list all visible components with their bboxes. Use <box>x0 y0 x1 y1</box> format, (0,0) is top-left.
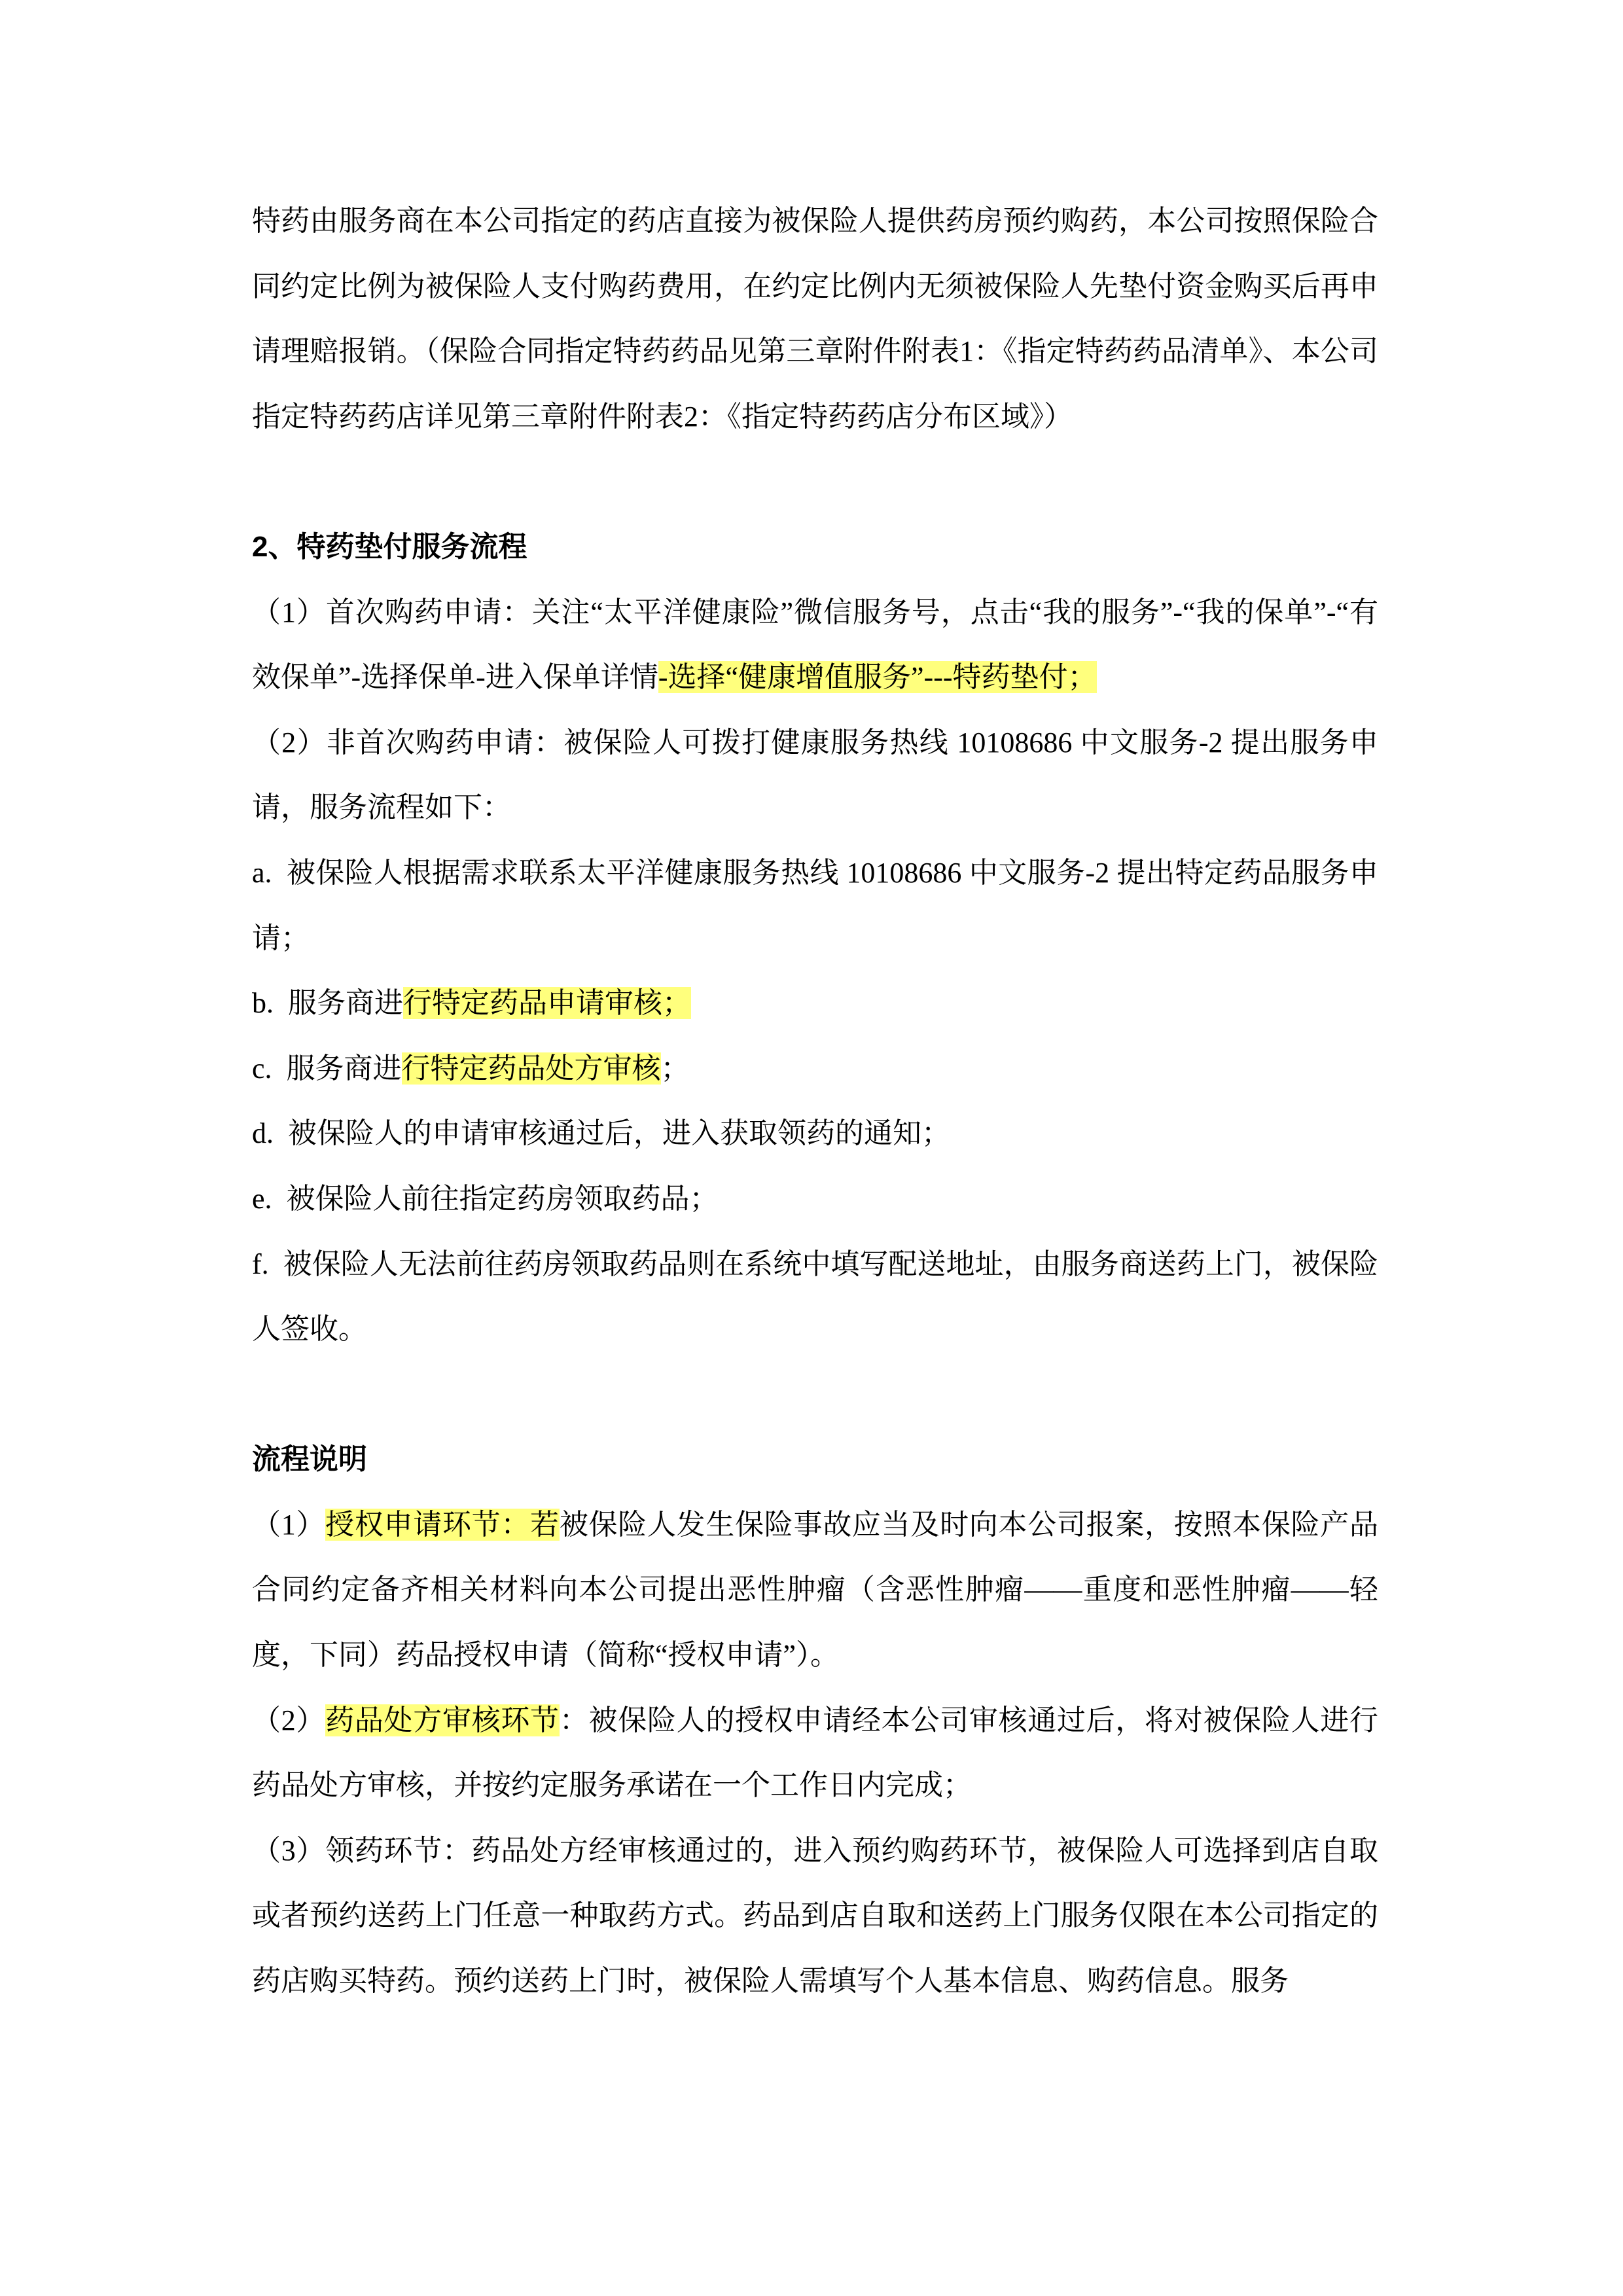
highlighted-text: 药品处方审核环节 <box>325 1704 560 1736</box>
text-run: （2） <box>252 1704 325 1736</box>
text-run: b. 服务商进 <box>252 987 403 1019</box>
step-non-first-purchase: （2）非首次购药申请：被保险人可拨打健康服务热线 10108686 中文服务-2… <box>252 710 1378 840</box>
note-authorization: （1）授权申请环节：若被保险人发生保险事故应当及时向本公司报案，按照本保险产品合… <box>252 1492 1378 1688</box>
heading-text: 2、特药垫付服务流程 <box>252 531 527 563</box>
flow-item-f: f. 被保险人无法前往药房领取药品则在系统中填写配送地址，由服务商送药上门，被保… <box>252 1232 1378 1362</box>
note-medicine-pickup: （3）领药环节：药品处方经审核通过的，进入预约购药环节，被保险人可选择到店自取或… <box>252 1818 1378 2014</box>
document-page: 特药由服务商在本公司指定的药店直接为被保险人提供药房预约购药，本公司按照保险合同… <box>0 0 1623 2296</box>
highlighted-text: -选择“健康增值服务”---特药垫付； <box>658 661 1097 693</box>
document-content: 特药由服务商在本公司指定的药店直接为被保险人提供药房预约购药，本公司按照保险合同… <box>252 188 1378 2014</box>
text-run: ； <box>661 1052 690 1085</box>
flow-item-a: a. 被保险人根据需求联系太平洋健康服务热线 10108686 中文服务-2 提… <box>252 840 1378 971</box>
text-run: f. 被保险人无法前往药房领取药品则在系统中填写配送地址，由服务商送药上门，被保… <box>252 1248 1378 1346</box>
flow-item-b: b. 服务商进行特定药品申请审核； <box>252 971 1378 1036</box>
flow-item-d: d. 被保险人的申请审核通过后，进入获取领药的通知； <box>252 1101 1378 1166</box>
note-prescription-review: （2）药品处方审核环节：被保险人的授权申请经本公司审核通过后，将对被保险人进行药… <box>252 1688 1378 1818</box>
intro-paragraph: 特药由服务商在本公司指定的药店直接为被保险人提供药房预约购药，本公司按照保险合同… <box>252 188 1378 449</box>
text-run: （1） <box>252 1509 325 1541</box>
highlighted-text: 行特定药品申请审核； <box>403 987 691 1019</box>
flow-item-e: e. 被保险人前往指定药房领取药品； <box>252 1166 1378 1232</box>
text-run: （3）领药环节：药品处方经审核通过的，进入预约购药环节，被保险人可选择到店自取或… <box>252 1835 1378 1997</box>
step-first-purchase: （1）首次购药申请：关注“太平洋健康险”微信服务号，点击“我的服务”-“我的保单… <box>252 580 1378 710</box>
text-run: e. 被保险人前往指定药房领取药品； <box>252 1183 719 1215</box>
highlighted-text: 行特定药品处方审核 <box>402 1052 661 1085</box>
text-run: c. 服务商进 <box>252 1052 402 1085</box>
heading-advance-service-flow: 2、特药垫付服务流程 <box>252 514 1378 580</box>
text-run: 特药由服务商在本公司指定的药店直接为被保险人提供药房预约购药，本公司按照保险合同… <box>252 205 1378 433</box>
flow-item-c: c. 服务商进行特定药品处方审核； <box>252 1036 1378 1102</box>
text-run: （2）非首次购药申请：被保险人可拨打健康服务热线 10108686 中文服务-2… <box>252 726 1378 824</box>
text-run: a. 被保险人根据需求联系太平洋健康服务热线 10108686 中文服务-2 提… <box>252 857 1378 954</box>
heading-text: 流程说明 <box>252 1443 367 1475</box>
heading-flow-description: 流程说明 <box>252 1427 1378 1492</box>
highlighted-text: 授权申请环节：若 <box>325 1509 560 1541</box>
text-run: d. 被保险人的申请审核通过后，进入获取领药的通知； <box>252 1117 950 1149</box>
